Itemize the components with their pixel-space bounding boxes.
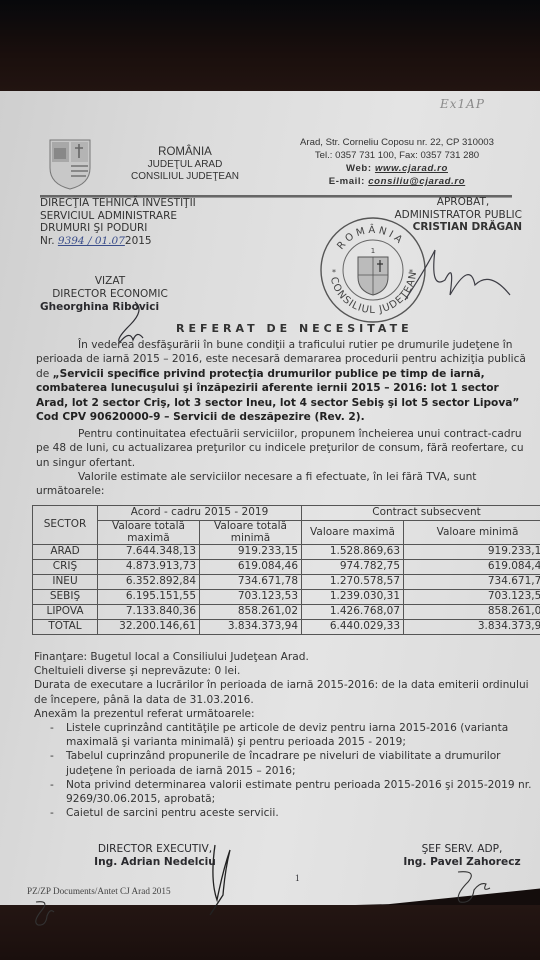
- value-cell: 1.270.578,57: [302, 575, 404, 590]
- website-link: www.cjarad.ro: [375, 163, 448, 174]
- issuer-block: DIRECŢIA TEHNICĂ INVESTIŢII SERVICIUL AD…: [40, 197, 196, 247]
- issuer-service: SERVICIUL ADMINISTRARE: [40, 210, 196, 223]
- column-header: Valoare totală minimă: [200, 521, 302, 545]
- paragraph-values: Valorile estimate ale serviciilor necesa…: [36, 470, 506, 499]
- letterhead-institution: ROMÂNIA JUDEŢUL ARAD CONSILIUL JUDEŢEAN: [110, 146, 260, 183]
- website: Web: www.cjarad.ro: [282, 162, 512, 175]
- council-name: CONSILIUL JUDEŢEAN: [110, 171, 260, 183]
- value-cell: 7.644.348,13: [98, 545, 200, 560]
- table-row: ARAD7.644.348,13919.233,151.528.869,6391…: [33, 545, 540, 560]
- initials-icon: [30, 898, 58, 928]
- financing: Finanţare: Bugetul local a Consiliului J…: [34, 650, 540, 664]
- value-cell: 6.352.892,84: [98, 575, 200, 590]
- value-cell: 32.200.146,61: [98, 620, 200, 635]
- column-header: Valoare minimă: [404, 521, 540, 545]
- value-cell: 858.261,02: [200, 605, 302, 620]
- list-item: Tabelul cuprinzând propunerile de încadr…: [34, 749, 540, 777]
- column-header-sector: SECTOR: [33, 506, 98, 545]
- value-cell: 734.671,78: [404, 575, 540, 590]
- letterhead-contact: Arad, Str. Corneliu Coposu nr. 22, CP 31…: [282, 136, 512, 188]
- photo-background-top: [0, 0, 540, 92]
- table-group-header-row: SECTOR Acord - cadru 2015 - 2019 Contrac…: [33, 506, 540, 521]
- sector-cell: TOTAL: [33, 620, 98, 635]
- issuer-directorate: DIRECŢIA TEHNICĂ INVESTIŢII: [40, 197, 196, 210]
- paragraph-contract: Pentru continuitatea efectuării servicii…: [36, 427, 536, 470]
- value-cell: 6.195.151,55: [98, 590, 200, 605]
- signature-chief-icon: [450, 868, 495, 908]
- list-item: Caietul de sarcini pentru aceste servici…: [34, 806, 540, 820]
- value-cell: 919.233,15: [404, 545, 540, 560]
- table-row: LIPOVA7.133.840,36858.261,021.426.768,07…: [33, 605, 540, 620]
- value-cell: 4.873.913,73: [98, 560, 200, 575]
- list-item: Nota privind determinarea valorii estima…: [34, 778, 540, 806]
- miscellaneous-costs: Cheltuieli diverse şi neprevăzute: 0 lei…: [34, 664, 540, 678]
- value-cell: 1.239.030,31: [302, 590, 404, 605]
- value-cell: 858.261,02: [404, 605, 540, 620]
- details-block: Finanţare: Bugetul local a Consiliului J…: [34, 650, 540, 820]
- issuer-department: DRUMURI ŞI PODURI: [40, 222, 196, 235]
- footer-path: PZ/ZP Documents/Antet CJ Arad 2015: [27, 886, 171, 896]
- sector-cell: LIPOVA: [33, 605, 98, 620]
- value-cell: 1.426.768,07: [302, 605, 404, 620]
- handwritten-annotation: Ex1AP: [440, 97, 485, 111]
- value-cell: 703.123,53: [200, 590, 302, 605]
- sector-cell: SEBIŞ: [33, 590, 98, 605]
- table-row: INEU6.352.892,84734.671,781.270.578,5773…: [33, 575, 540, 590]
- value-cell: 7.133.840,36: [98, 605, 200, 620]
- column-header: Valoare maximă: [302, 521, 404, 545]
- value-cell: 3.834.373,94: [404, 620, 540, 635]
- signature-administrator-icon: [400, 240, 520, 320]
- phone-fax: Tel.: 0357 731 100, Fax: 0357 731 280: [282, 149, 512, 162]
- vizat-role: DIRECTOR ECONOMIC: [40, 288, 180, 301]
- vizat-label: VIZAT: [40, 275, 180, 288]
- annex-list: Listele cuprinzând cantităţile pe artico…: [34, 721, 540, 820]
- country-name: ROMÂNIA: [110, 146, 260, 159]
- vizat-block: VIZAT DIRECTOR ECONOMIC: [40, 275, 180, 300]
- value-cell: 619.084,46: [404, 560, 540, 575]
- annex-intro: Anexăm la prezentul referat următoarele:: [34, 707, 540, 721]
- table-row: TOTAL32.200.146,613.834.373,946.440.029,…: [33, 620, 540, 635]
- group-header-framework: Acord - cadru 2015 - 2019: [98, 506, 302, 521]
- registration-number: Nr. 9394 / 01.072015: [40, 235, 196, 248]
- sector-cell: INEU: [33, 575, 98, 590]
- value-cell: 3.834.373,94: [200, 620, 302, 635]
- table-row: SEBIŞ6.195.151,55703.123,531.239.030,317…: [33, 590, 540, 605]
- value-cell: 703.123,53: [404, 590, 540, 605]
- table-row: CRIŞ4.873.913,73619.084,46974.782,75619.…: [33, 560, 540, 575]
- chief-role: ŞEF SERV. ADP,: [392, 843, 532, 856]
- svg-text:*: *: [332, 268, 336, 277]
- list-item: Listele cuprinzând cantităţile pe artico…: [34, 721, 540, 749]
- sector-cell: ARAD: [33, 545, 98, 560]
- svg-text:1: 1: [371, 247, 375, 255]
- value-cell: 919.233,15: [200, 545, 302, 560]
- county-crest-icon: [48, 138, 92, 190]
- value-cell: 1.528.869,63: [302, 545, 404, 560]
- signature-director-icon: [195, 840, 245, 915]
- column-header: Valoare totală maximă: [98, 521, 200, 545]
- signature-block-chief: ŞEF SERV. ADP, Ing. Pavel Zahorecz: [392, 843, 532, 869]
- table-column-header-row: Valoare totală maximă Valoare totală min…: [33, 521, 540, 545]
- sector-cell: CRIŞ: [33, 560, 98, 575]
- execution-duration: Durata de executare a lucrărilor în peri…: [34, 678, 540, 706]
- address: Arad, Str. Corneliu Coposu nr. 22, CP 31…: [282, 136, 512, 149]
- document-title: REFERAT DE NECESITATE: [176, 322, 413, 335]
- email: E-mail: consiliu@cjarad.ro: [282, 175, 512, 188]
- value-cell: 734.671,78: [200, 575, 302, 590]
- paragraph-intro: În vederea desfăşurării în bune condiţii…: [36, 338, 526, 424]
- approval-label: APROBAT,: [384, 196, 522, 209]
- estimated-values-table: SECTOR Acord - cadru 2015 - 2019 Contrac…: [32, 505, 540, 635]
- email-link: consiliu@cjarad.ro: [368, 176, 465, 187]
- photo-background-bottom: [0, 905, 540, 960]
- value-cell: 619.084,46: [200, 560, 302, 575]
- value-cell: 974.782,75: [302, 560, 404, 575]
- group-header-subsequent: Contract subsecvent: [302, 506, 540, 521]
- county-name: JUDEŢUL ARAD: [110, 159, 260, 171]
- value-cell: 6.440.029,33: [302, 620, 404, 635]
- page-number: 1: [295, 873, 300, 883]
